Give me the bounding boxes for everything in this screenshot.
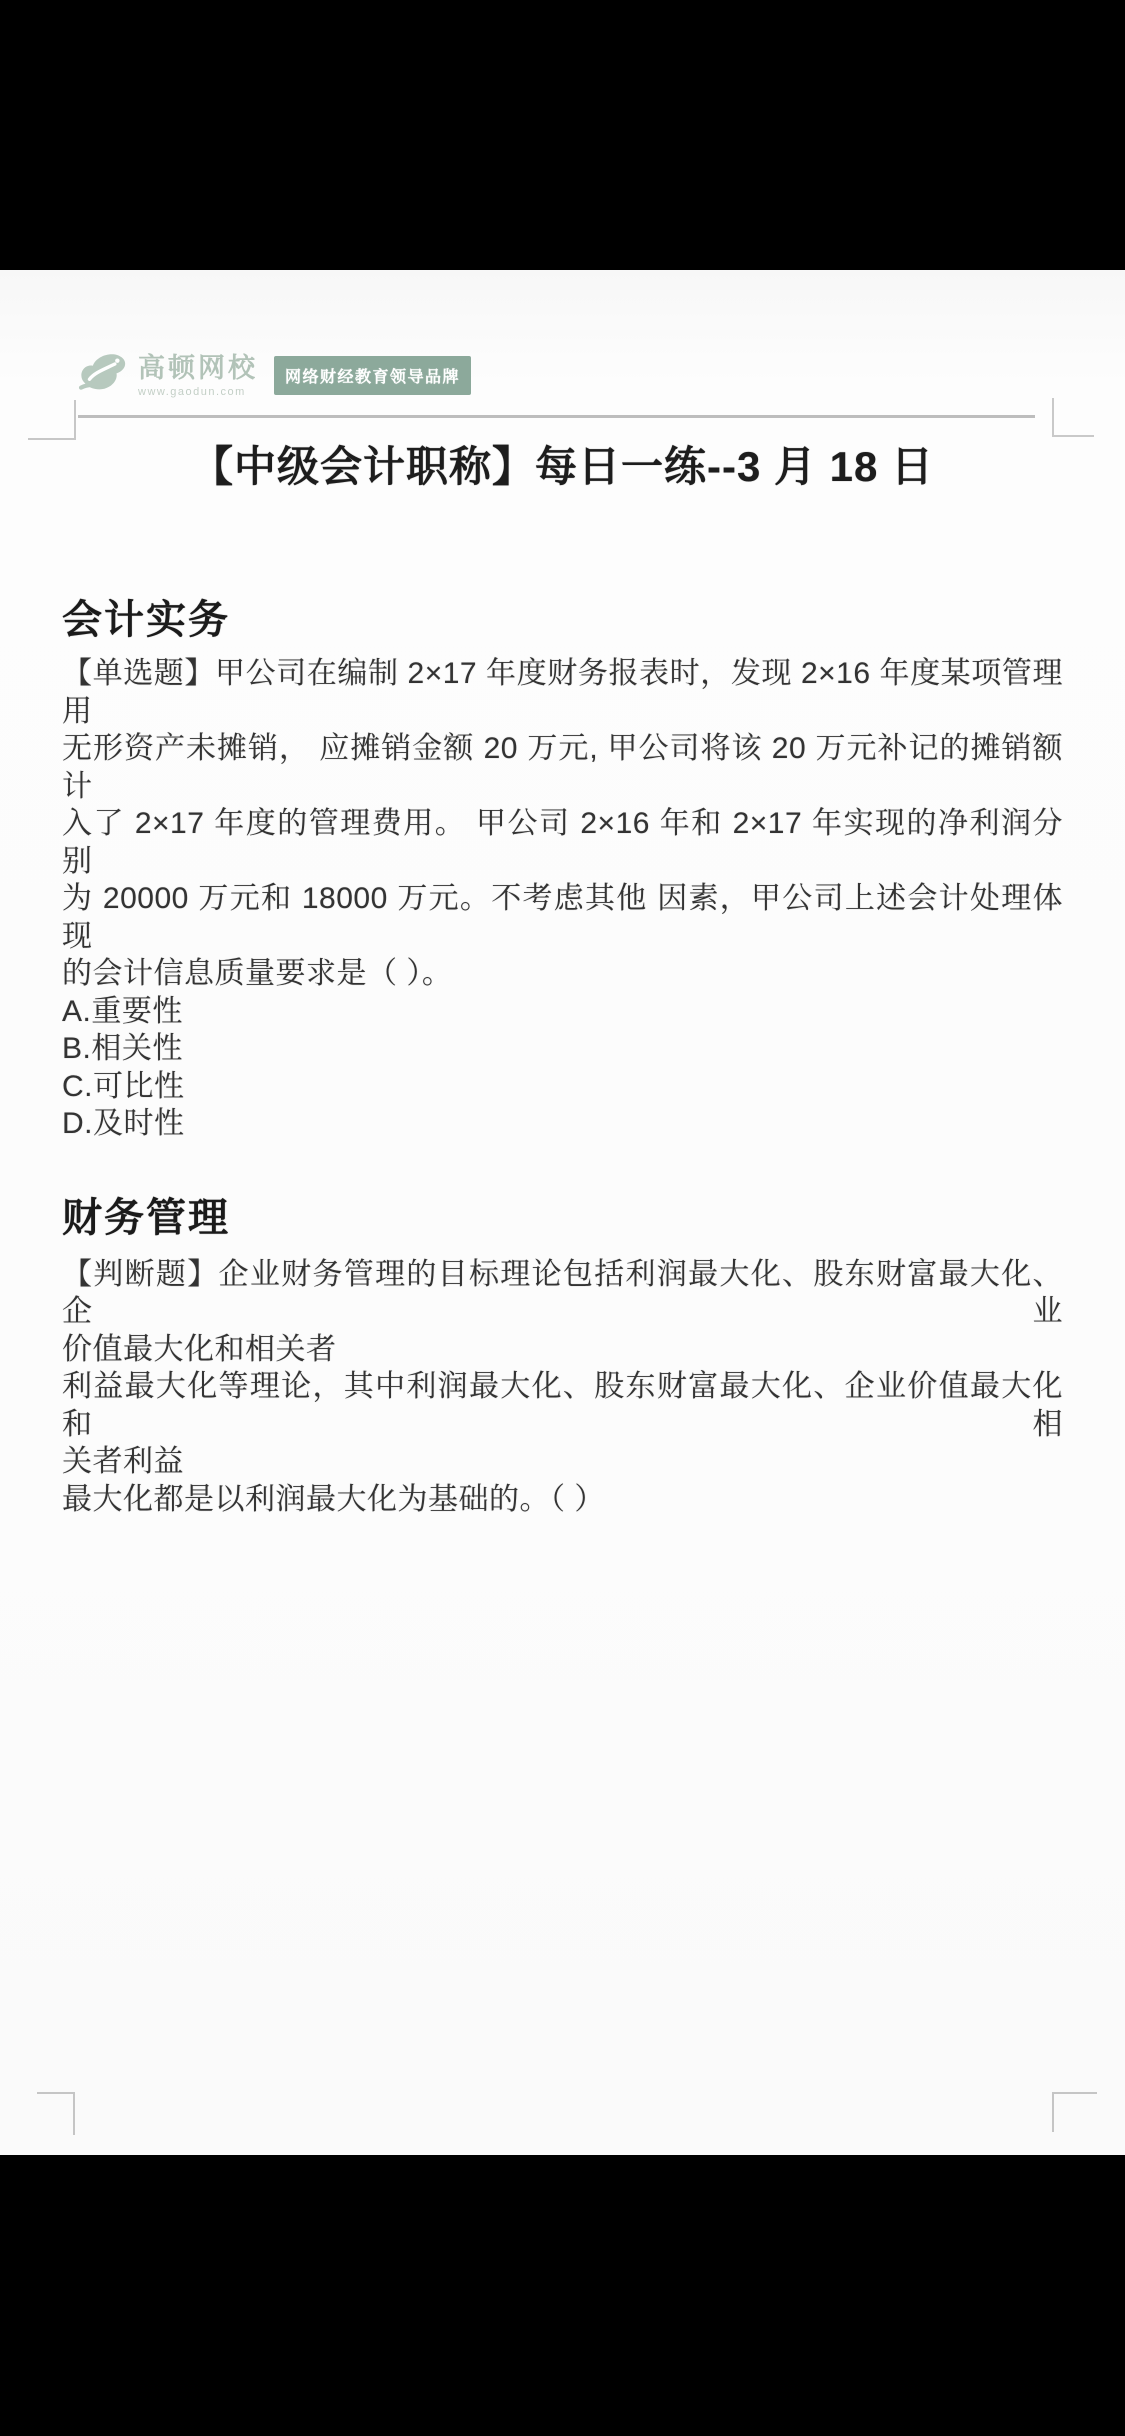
question-line: 关者利益: [62, 1443, 1063, 1481]
phone-screen: 高顿网校 www.gaodun.com 网络财经教育领导品牌 【中级会计职称】每…: [0, 0, 1125, 2436]
section-accounting-practice: 会计实务 【单选题】甲公司在编制 2×17 年度财务报表时，发现 2×16 年度…: [62, 595, 1063, 1143]
option-c: C.可比性: [62, 1068, 1063, 1106]
question-line: 【单选题】甲公司在编制 2×17 年度财务报表时，发现 2×16 年度某项管理用: [62, 655, 1063, 730]
crop-mark-bottom-right: [1052, 2092, 1097, 2132]
document-content: 【中级会计职称】每日一练--3 月 18 日 会计实务 【单选题】甲公司在编制 …: [0, 270, 1125, 1518]
question-line: 利益最大化等理论，其中利润最大化、股东财富最大化、企业价值最大化和相: [62, 1368, 1063, 1443]
question-line: 【判断题】企业财务管理的目标理论包括利润最大化、股东财富最大化、企业: [62, 1256, 1063, 1331]
section-financial-management: 财务管理 【判断题】企业财务管理的目标理论包括利润最大化、股东财富最大化、企业 …: [62, 1193, 1063, 1519]
answer-options: A.重要性 B.相关性 C.可比性 D.及时性: [62, 993, 1063, 1143]
question-line: 入了 2×17 年度的管理费用。 甲公司 2×16 年和 2×17 年实现的净利…: [62, 805, 1063, 880]
question-line: 为 20000 万元和 18000 万元。不考虑其他 因素，甲公司上述会计处理体…: [62, 880, 1063, 955]
section-heading: 会计实务: [62, 595, 1063, 645]
question-paragraph: 【单选题】甲公司在编制 2×17 年度财务报表时，发现 2×16 年度某项管理用…: [62, 655, 1063, 993]
question-paragraph: 【判断题】企业财务管理的目标理论包括利润最大化、股东财富最大化、企业 价值最大化…: [62, 1256, 1063, 1519]
crop-mark-bottom-left: [37, 2092, 75, 2135]
question-line: 的会计信息质量要求是（ ）。: [62, 955, 1063, 993]
bottom-letterbox-bar: [0, 2155, 1125, 2436]
question-line: 价值最大化和相关者: [62, 1331, 1063, 1369]
question-line: 无形资产未摊销， 应摊销金额 20 万元, 甲公司将该 20 万元补记的摊销额计: [62, 730, 1063, 805]
option-b: B.相关性: [62, 1030, 1063, 1068]
section-heading: 财务管理: [62, 1193, 1063, 1243]
question-line: 最大化都是以利润最大化为基础的。（ ）: [62, 1481, 1063, 1519]
top-letterbox-bar: [0, 0, 1125, 270]
option-d: D.及时性: [62, 1105, 1063, 1143]
option-a: A.重要性: [62, 993, 1063, 1031]
document-page: 高顿网校 www.gaodun.com 网络财经教育领导品牌 【中级会计职称】每…: [0, 270, 1125, 2155]
document-title: 【中级会计职称】每日一练--3 月 18 日: [62, 442, 1063, 492]
